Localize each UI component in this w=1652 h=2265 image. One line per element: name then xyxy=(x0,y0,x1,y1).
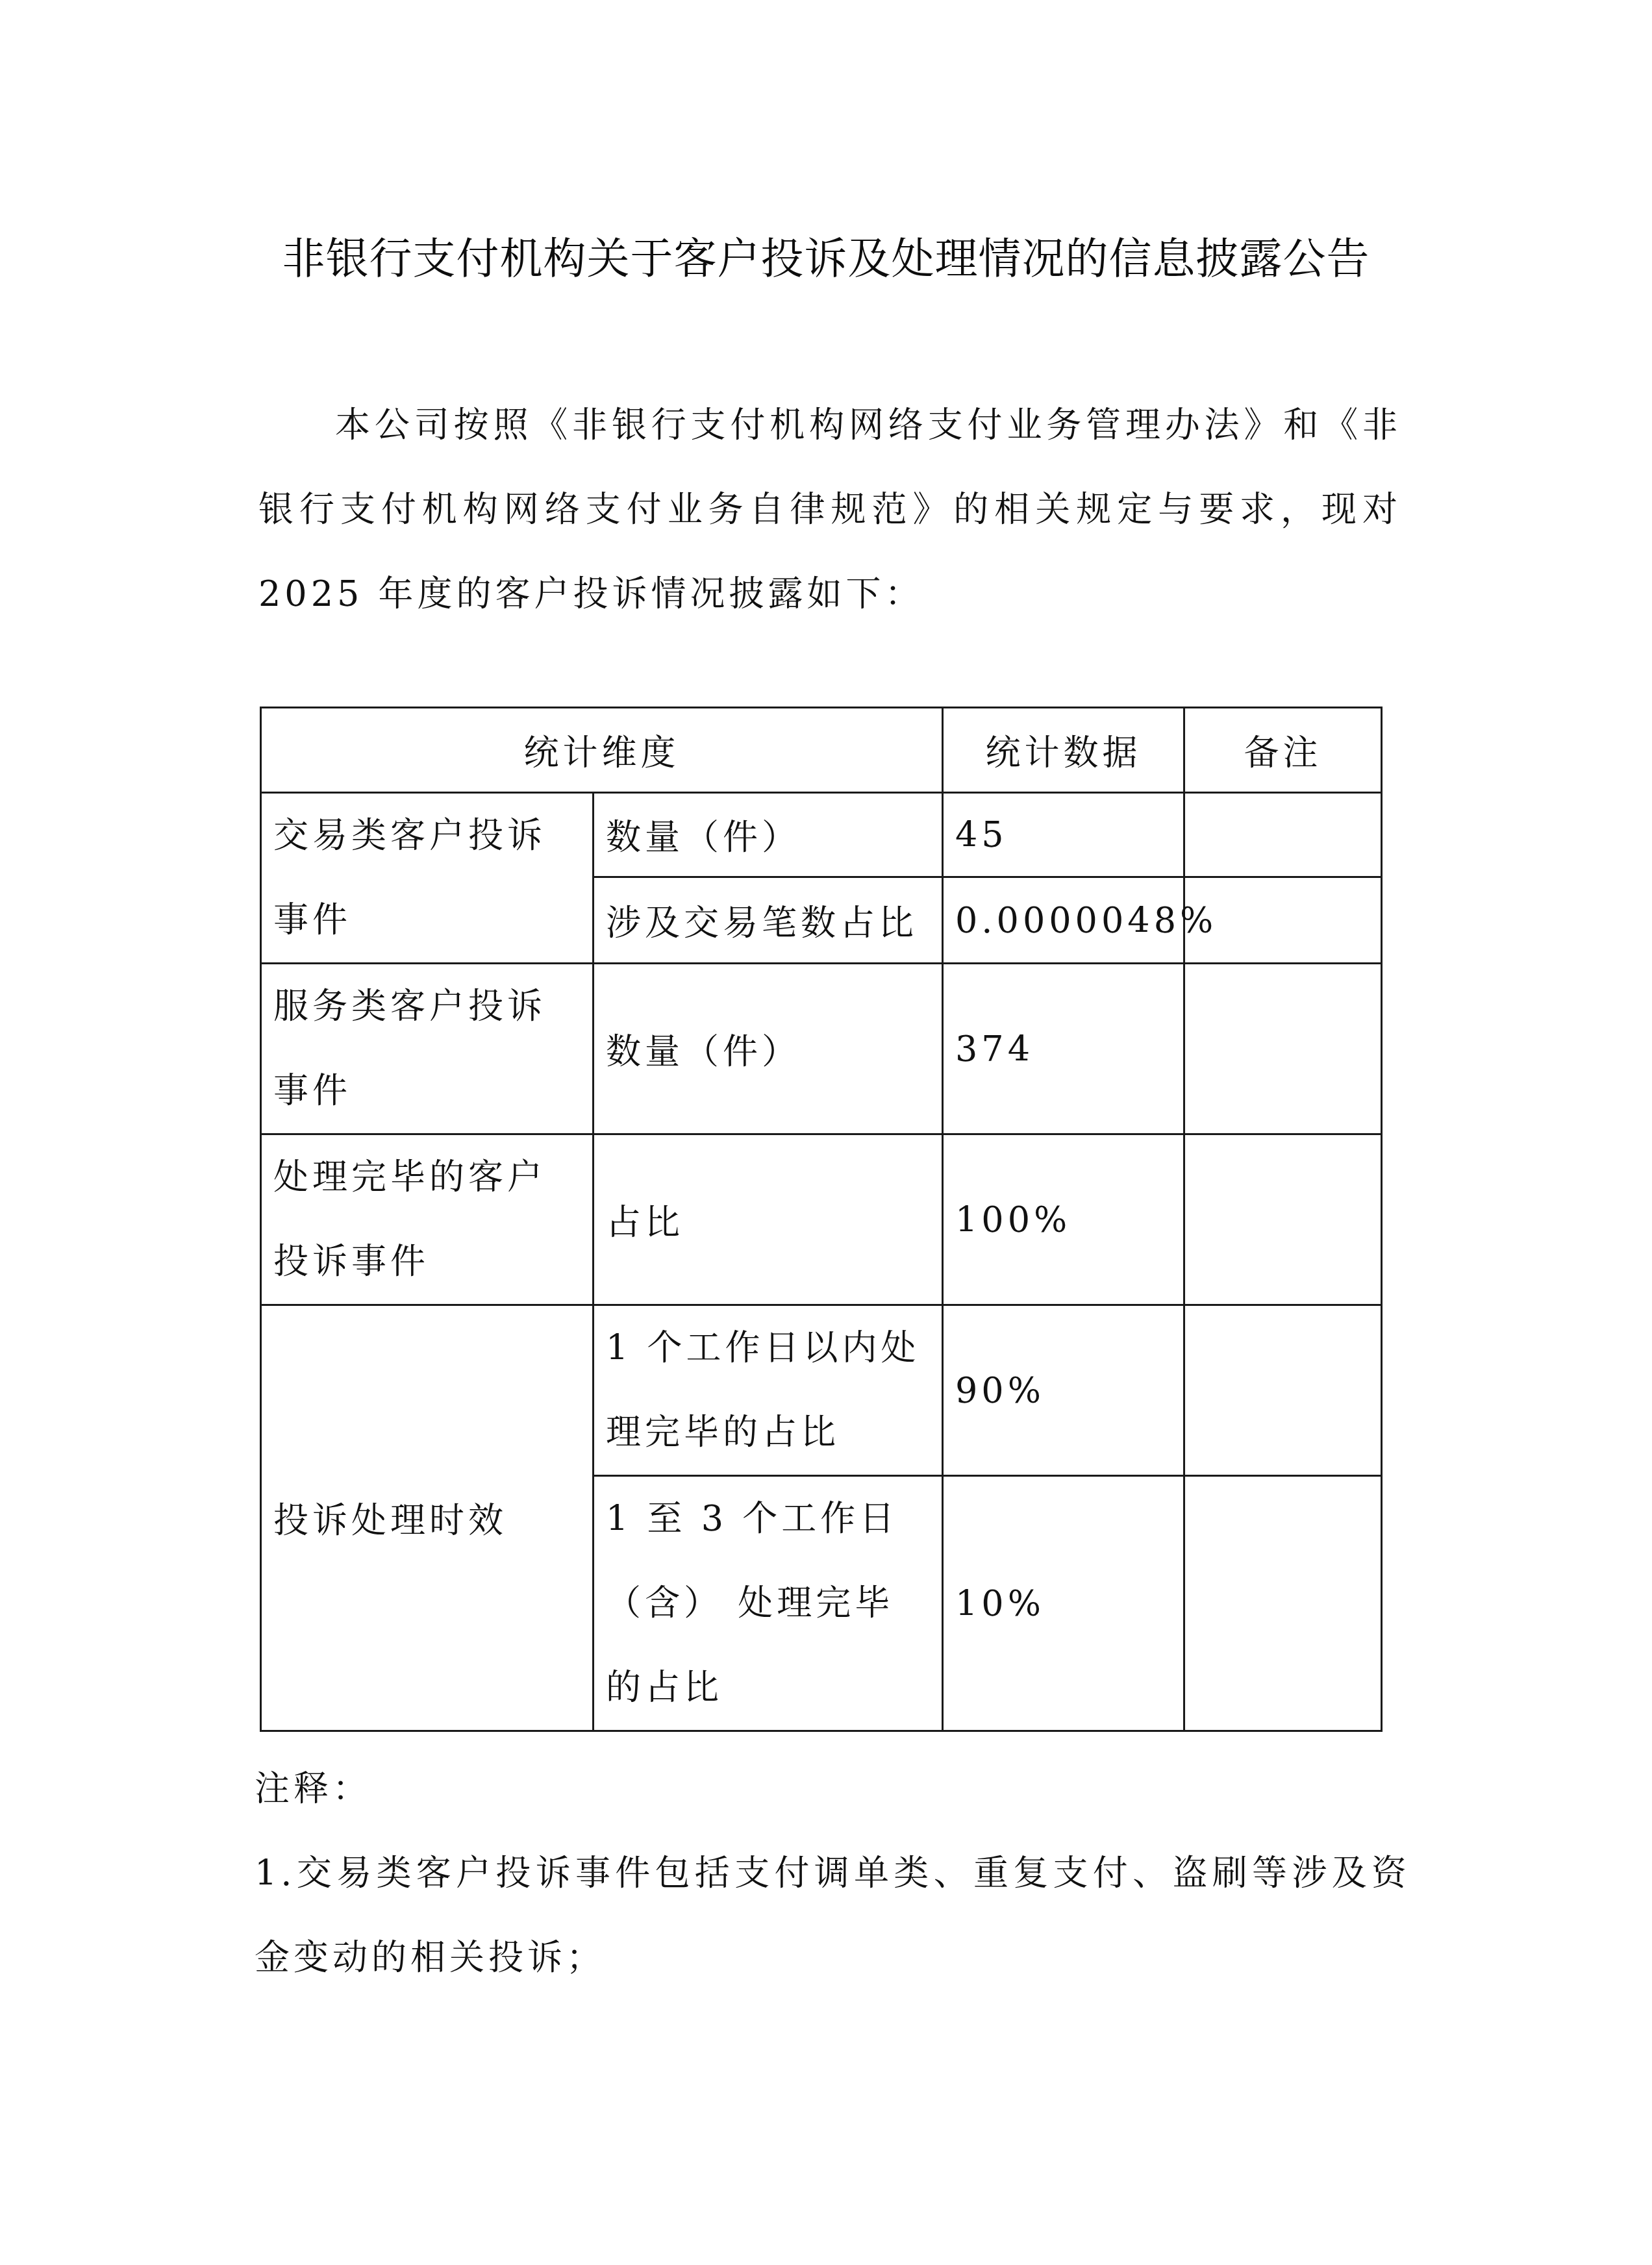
category-cell: 投诉处理时效 xyxy=(261,1305,594,1731)
complaint-statistics-table: 统计维度 统计数据 备注 交易类客户投诉事件 数量（件） 45 涉及交易笔数占比… xyxy=(260,707,1383,1732)
note-cell xyxy=(1184,964,1382,1134)
value-cell: 45 xyxy=(943,793,1184,877)
header-data: 统计数据 xyxy=(943,708,1184,793)
value-cell: 10% xyxy=(943,1476,1184,1731)
value-cell: 0.0000048% xyxy=(943,877,1184,964)
note-cell xyxy=(1184,1476,1382,1731)
document-page: 非银行支付机构关于客户投诉及处理情况的信息披露公告 本公司按照《非银行支付机构网… xyxy=(0,0,1652,2265)
note-item: 1.交易类客户投诉事件包括支付调单类、重复支付、盗刷等涉及资金变动的相关投诉； xyxy=(255,1831,1410,2000)
notes-heading: 注释： xyxy=(255,1747,1410,1831)
document-title: 非银行支付机构关于客户投诉及处理情况的信息披露公告 xyxy=(0,224,1652,286)
category-cell: 处理完毕的客户投诉事件 xyxy=(261,1134,594,1305)
table-row: 处理完毕的客户投诉事件 占比 100% xyxy=(261,1134,1382,1305)
metric-cell: 数量（件） xyxy=(594,793,943,877)
note-cell xyxy=(1184,1305,1382,1476)
category-cell: 交易类客户投诉事件 xyxy=(261,793,594,964)
metric-cell: 1 至 3 个工作日（含） 处理完毕的占比 xyxy=(594,1476,943,1731)
header-note: 备注 xyxy=(1184,708,1382,793)
value-cell: 374 xyxy=(943,964,1184,1134)
header-dimension: 统计维度 xyxy=(261,708,943,793)
category-cell: 服务类客户投诉事件 xyxy=(261,964,594,1134)
value-cell: 100% xyxy=(943,1134,1184,1305)
note-cell xyxy=(1184,1134,1382,1305)
metric-cell: 涉及交易笔数占比 xyxy=(594,877,943,964)
value-cell: 90% xyxy=(943,1305,1184,1476)
metric-cell: 1 个工作日以内处理完毕的占比 xyxy=(594,1305,943,1476)
table-row: 服务类客户投诉事件 数量（件） 374 xyxy=(261,964,1382,1134)
table-row: 交易类客户投诉事件 数量（件） 45 xyxy=(261,793,1382,877)
intro-paragraph: 本公司按照《非银行支付机构网络支付业务管理办法》和《非银行支付机构网络支付业务自… xyxy=(258,383,1401,636)
table-header-row: 统计维度 统计数据 备注 xyxy=(261,708,1382,793)
note-cell xyxy=(1184,793,1382,877)
notes-section: 注释： 1.交易类客户投诉事件包括支付调单类、重复支付、盗刷等涉及资金变动的相关… xyxy=(255,1747,1410,2000)
metric-cell: 占比 xyxy=(594,1134,943,1305)
metric-cell: 数量（件） xyxy=(594,964,943,1134)
table-row: 投诉处理时效 1 个工作日以内处理完毕的占比 90% xyxy=(261,1305,1382,1476)
